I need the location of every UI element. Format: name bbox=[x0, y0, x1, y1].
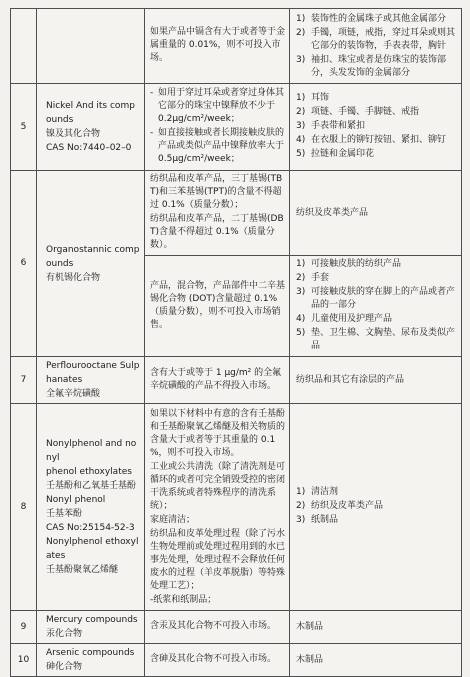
substance-cell: Organostannic compounds 有机锡化合物 bbox=[37, 171, 145, 357]
substance-name-line: Nickel And its compounds bbox=[46, 99, 140, 127]
product-item: 2) 手套 bbox=[296, 272, 457, 285]
item-text: 袖扣、珠宝或者是仿珠宝的装饰部分，头发发饰的金属部分 bbox=[311, 54, 457, 80]
table-row: 7 Perflourooctane Sulphanates 全氟辛烷磺酸 含有大… bbox=[11, 357, 462, 404]
condition-cell: 如果产品中镉含有大于或者等于金属重量的 0.01%，则不可投入市场。 bbox=[145, 9, 290, 84]
substance-name-line: Mercury compounds bbox=[46, 613, 140, 627]
item-marker: 2) bbox=[296, 272, 311, 285]
row-number: 6 bbox=[21, 258, 27, 268]
item-marker: - bbox=[150, 87, 158, 126]
products-cell: 木制品 bbox=[290, 644, 462, 677]
item-text: 清洁剂 bbox=[311, 486, 457, 499]
item-marker: 1) bbox=[296, 13, 311, 26]
condition-cell: 含汞及其化合物不可投入市场。 bbox=[145, 611, 290, 644]
item-text: 在衣服上的铆钉按钮、紧扣、铆钉 bbox=[311, 134, 457, 147]
substance-name-line: Nonylphenol ethoxylates bbox=[46, 535, 140, 563]
condition-cell: 纺织品和皮革产品，三丁基锡(TBT)和三苯基锡(TPT)的含量不得超过 0.1%… bbox=[145, 171, 290, 256]
restricted-substances-table: 如果产品中镉含有大于或者等于金属重量的 0.01%，则不可投入市场。 1) 装饰… bbox=[10, 8, 462, 677]
condition-text: 工业或公共清洗（除了清洗剂是可循环的或者可完全销毁受控的密闭干洗系统或者特殊程序… bbox=[150, 461, 285, 513]
row-number: 7 bbox=[21, 375, 27, 385]
row-number: 8 bbox=[21, 502, 27, 512]
product-item: 1) 可接触皮肤的纺织产品 bbox=[296, 258, 457, 271]
substance-name-line: 壬基苯酚 bbox=[46, 507, 140, 521]
products-cell: 1) 装饰性的金属珠子或其他金属部分 2) 手镯，项链，戒指，穿过耳朵或则其它部… bbox=[290, 9, 462, 84]
condition-cell: 产品，混合物，产品部件中二辛基锡化合物 (DOT)含量超过 0.1%（质量分数）… bbox=[145, 256, 290, 357]
item-text: 儿童使用及护理产品 bbox=[311, 313, 457, 326]
table-row: 5 Nickel And its compounds 镍及其化合物 CAS No… bbox=[11, 84, 462, 171]
product-item: 1) 装饰性的金属珠子或其他金属部分 bbox=[296, 13, 457, 26]
substance-name-line: 壬基酚聚氧乙烯醚 bbox=[46, 563, 140, 577]
item-marker: 3) bbox=[296, 54, 311, 80]
substance-name-line: 壬基酚和乙氧基壬基酚 bbox=[46, 479, 140, 493]
substance-name-line: Arsenic compounds bbox=[46, 646, 140, 660]
table-row: 如果产品中镉含有大于或者等于金属重量的 0.01%，则不可投入市场。 1) 装饰… bbox=[11, 9, 462, 84]
item-marker: 1) bbox=[296, 92, 311, 105]
product-text: 木制品 bbox=[296, 622, 323, 632]
product-item: 1) 耳饰 bbox=[296, 92, 457, 105]
substance-name-line: 砷化合物 bbox=[46, 660, 140, 674]
substance-name-line: Organostannic compounds bbox=[46, 243, 140, 271]
product-item: 3) 纸制品 bbox=[296, 514, 457, 527]
item-marker: 5) bbox=[296, 148, 311, 161]
product-text: 木制品 bbox=[296, 655, 323, 665]
table-row: 8 Nonylphenol and nonyl phenol ethoxylat… bbox=[11, 404, 462, 611]
product-item: 3) 可接触皮肤的穿在脚上的产品或者产品的一部分 bbox=[296, 286, 457, 312]
item-marker: 4) bbox=[296, 313, 311, 326]
row-number-cell: 5 bbox=[11, 84, 37, 171]
item-text: 手套 bbox=[311, 272, 457, 285]
item-marker: 2) bbox=[296, 106, 311, 119]
row-number-cell: 7 bbox=[11, 357, 37, 404]
product-item: 5) 拉链和金属印花 bbox=[296, 148, 457, 161]
item-text: 手表带和紧扣 bbox=[311, 120, 457, 133]
substance-cell: Perflourooctane Sulphanates 全氟辛烷磺酸 bbox=[37, 357, 145, 404]
row-number-cell: 8 bbox=[11, 404, 37, 611]
item-text: 手镯，项链，戒指，穿过耳朵或则其它部分的装饰物，手表表带，胸针 bbox=[311, 27, 457, 53]
item-text: 拉链和金属印花 bbox=[311, 148, 457, 161]
substance-name-line: Perflourooctane Sulphanates bbox=[46, 359, 140, 387]
table-row: 10 Arsenic compounds 砷化合物 含砷及其化合物不可投入市场。… bbox=[11, 644, 462, 677]
item-marker: 1) bbox=[296, 486, 311, 499]
substance-name-line: Nonylphenol and nonyl bbox=[46, 437, 140, 465]
item-marker: 5) bbox=[296, 327, 311, 353]
substance-cell: Arsenic compounds 砷化合物 bbox=[37, 644, 145, 677]
table-row: 9 Mercury compounds 汞化合物 含汞及其化合物不可投入市场。 … bbox=[11, 611, 462, 644]
item-marker: 2) bbox=[296, 27, 311, 53]
document-page: 如果产品中镉含有大于或者等于金属重量的 0.01%，则不可投入市场。 1) 装饰… bbox=[10, 8, 462, 677]
substance-cell: Nonylphenol and nonyl phenol ethoxylates… bbox=[37, 404, 145, 611]
substance-name-line: Nonyl phenol bbox=[46, 493, 140, 507]
substance-cas-number: CAS No:7440–02–0 bbox=[46, 141, 140, 155]
substance-name-line: 汞化合物 bbox=[46, 627, 140, 641]
item-text: 可接触皮肤的纺织产品 bbox=[311, 258, 457, 271]
product-text: 纺织及皮革类产品 bbox=[296, 208, 368, 218]
row-number-cell bbox=[11, 9, 37, 84]
product-text: 纺织品和其它有涂层的产品 bbox=[296, 375, 404, 385]
substance-name-line: 镍及其化合物 bbox=[46, 127, 140, 141]
row-number: 10 bbox=[18, 655, 29, 665]
condition-text: 如直接接触或者长期接触皮肤的产品或类似产品中镍释放率大于 0.5µg/cm²/w… bbox=[158, 127, 285, 166]
substance-cas-number: CAS No:25154-52-3 bbox=[46, 521, 140, 535]
substance-name-line: 有机锡化合物 bbox=[46, 271, 140, 285]
condition-text: 纺织品和皮革产品，三丁基锡(TBT)和三苯基锡(TPT)的含量不得超过 0.1%… bbox=[150, 173, 285, 212]
products-cell: 1) 清洁剂 2) 纺织及皮革类产品 3) 纸制品 bbox=[290, 404, 462, 611]
condition-cell: - 如用于穿过耳朵或者穿过身体其它部分的珠宝中镍释放不少于 0.2µg/cm²/… bbox=[145, 84, 290, 171]
product-item: 3) 手表带和紧扣 bbox=[296, 120, 457, 133]
products-cell: 纺织品和其它有涂层的产品 bbox=[290, 357, 462, 404]
item-marker: - bbox=[150, 127, 158, 166]
condition-text: -纸浆和纸制品； bbox=[150, 594, 285, 607]
substance-cell: Mercury compounds 汞化合物 bbox=[37, 611, 145, 644]
item-text: 纺织及皮革类产品 bbox=[311, 500, 457, 513]
item-text: 项链、手镯、手脚链、戒指 bbox=[311, 106, 457, 119]
item-text: 可接触皮肤的穿在脚上的产品或者产品的一部分 bbox=[311, 286, 457, 312]
condition-text: 含砷及其化合物不可投入市场。 bbox=[150, 653, 285, 666]
product-item: 4) 儿童使用及护理产品 bbox=[296, 313, 457, 326]
item-marker: 4) bbox=[296, 134, 311, 147]
condition-item: - 如用于穿过耳朵或者穿过身体其它部分的珠宝中镍释放不少于 0.2µg/cm²/… bbox=[150, 87, 285, 126]
condition-item: - 如直接接触或者长期接触皮肤的产品或类似产品中镍释放率大于 0.5µg/cm²… bbox=[150, 127, 285, 166]
product-item: 4) 在衣服上的铆钉按钮、紧扣、铆钉 bbox=[296, 134, 457, 147]
condition-text: 产品，混合物，产品部件中二辛基锡化合物 (DOT)含量超过 0.1%（质量分数）… bbox=[150, 280, 285, 332]
condition-text: 如用于穿过耳朵或者穿过身体其它部分的珠宝中镍释放不少于 0.2µg/cm²/we… bbox=[158, 87, 285, 126]
table-row: 6 Organostannic compounds 有机锡化合物 纺织品和皮革产… bbox=[11, 171, 462, 256]
condition-text: 含汞及其化合物不可投入市场。 bbox=[150, 620, 285, 633]
products-cell: 纺织及皮革类产品 bbox=[290, 171, 462, 256]
condition-cell: 含砷及其化合物不可投入市场。 bbox=[145, 644, 290, 677]
substance-name-line: phenol ethoxylates bbox=[46, 465, 140, 479]
condition-text: 纺织品和皮革处理过程（除了污水生物处理前或处理过程用到的水已事先处理，处理过程不… bbox=[150, 528, 285, 593]
substance-cell bbox=[37, 9, 145, 84]
row-number: 5 bbox=[21, 122, 27, 132]
row-number-cell: 9 bbox=[11, 611, 37, 644]
product-item: 1) 清洁剂 bbox=[296, 486, 457, 499]
item-text: 耳饰 bbox=[311, 92, 457, 105]
item-text: 垫、卫生棉、文胸垫、尿布及类似产品 bbox=[311, 327, 457, 353]
product-item: 2) 手镯，项链，戒指，穿过耳朵或则其它部分的装饰物，手表表带，胸针 bbox=[296, 27, 457, 53]
product-item: 5) 垫、卫生棉、文胸垫、尿布及类似产品 bbox=[296, 327, 457, 353]
substance-cell: Nickel And its compounds 镍及其化合物 CAS No:7… bbox=[37, 84, 145, 171]
item-text: 装饰性的金属珠子或其他金属部分 bbox=[311, 13, 457, 26]
item-marker: 1) bbox=[296, 258, 311, 271]
condition-text: 含有大于或等于 1 µg/m² 的全氟辛烷磺酸的产品不得投入市场。 bbox=[150, 367, 285, 393]
item-marker: 3) bbox=[296, 514, 311, 527]
row-number-cell: 6 bbox=[11, 171, 37, 357]
products-cell: 1) 耳饰 2) 项链、手镯、手脚链、戒指 3) 手表带和紧扣 4) 在衣服上的… bbox=[290, 84, 462, 171]
product-item: 2) 项链、手镯、手脚链、戒指 bbox=[296, 106, 457, 119]
condition-cell: 含有大于或等于 1 µg/m² 的全氟辛烷磺酸的产品不得投入市场。 bbox=[145, 357, 290, 404]
row-number: 9 bbox=[21, 622, 27, 632]
substance-name-line: 全氟辛烷磺酸 bbox=[46, 387, 140, 401]
condition-text: 如果以下材料中有意的含有壬基酚和壬基酚聚氧乙烯醚及相关物质的含量大于或者等于其重… bbox=[150, 408, 285, 460]
condition-text: 家庭清洁； bbox=[150, 514, 285, 527]
product-item: 3) 袖扣、珠宝或者是仿珠宝的装饰部分，头发发饰的金属部分 bbox=[296, 54, 457, 80]
condition-cell: 如果以下材料中有意的含有壬基酚和壬基酚聚氧乙烯醚及相关物质的含量大于或者等于其重… bbox=[145, 404, 290, 611]
item-marker: 2) bbox=[296, 500, 311, 513]
products-cell: 木制品 bbox=[290, 611, 462, 644]
item-text: 纸制品 bbox=[311, 514, 457, 527]
condition-text: 纺织品和皮革产品，二丁基锡(DBT)含量不得超过 0.1%（质量分数）。 bbox=[150, 213, 285, 252]
product-item: 2) 纺织及皮革类产品 bbox=[296, 500, 457, 513]
products-cell: 1) 可接触皮肤的纺织产品 2) 手套 3) 可接触皮肤的穿在脚上的产品或者产品… bbox=[290, 256, 462, 357]
row-number-cell: 10 bbox=[11, 644, 37, 677]
condition-text: 如果产品中镉含有大于或者等于金属重量的 0.01%，则不可投入市场。 bbox=[150, 26, 285, 65]
item-marker: 3) bbox=[296, 286, 311, 312]
item-marker: 3) bbox=[296, 120, 311, 133]
